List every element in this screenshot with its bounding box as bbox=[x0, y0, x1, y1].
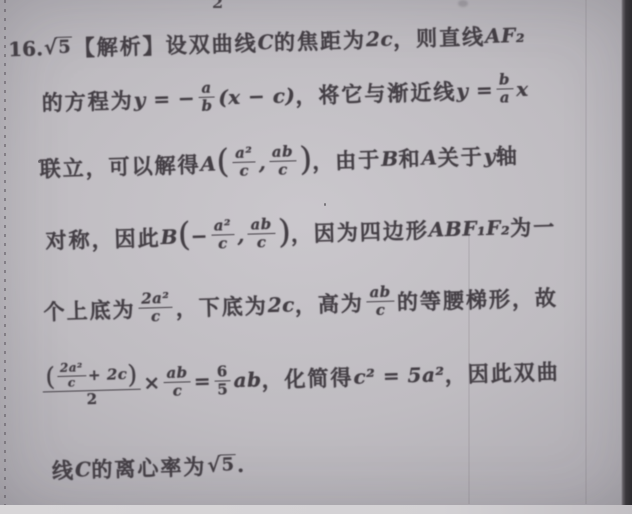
math-text-run: a bbox=[500, 90, 511, 108]
chinese-text-run: ，化简得 bbox=[261, 362, 354, 395]
solution-line: 联立，可以解得 A(a²c, abc)，由于 B 和 A 关于 y 轴 bbox=[39, 137, 519, 186]
math-text-run: × bbox=[143, 371, 161, 395]
math-text-run: , bbox=[258, 150, 266, 174]
photo-dark-edge bbox=[621, 0, 632, 506]
fraction-denominator: c bbox=[373, 302, 389, 320]
fraction-denominator: c bbox=[236, 163, 252, 181]
chinese-text-run: ，下底为 bbox=[175, 290, 268, 323]
photo-bottom-edge-band bbox=[0, 505, 632, 514]
fraction-numerator: ab bbox=[366, 284, 394, 303]
fraction: 65 bbox=[214, 363, 231, 399]
paren-delimiter: ) bbox=[127, 363, 137, 385]
solution-line: 线 C 的离心率为√5. bbox=[52, 450, 245, 485]
radicand: 5 bbox=[56, 37, 73, 59]
math-text-run: ab bbox=[233, 368, 262, 393]
fraction-numerator: ab bbox=[163, 364, 191, 383]
fraction: abc bbox=[269, 143, 297, 179]
math-text-run: x bbox=[516, 77, 529, 101]
fraction-denominator: c bbox=[148, 308, 164, 326]
math-text-run: = bbox=[194, 369, 212, 393]
math-text-run: A bbox=[200, 151, 217, 175]
chinese-text-run: 轴 bbox=[495, 140, 519, 171]
paren-delimiter: ( bbox=[216, 147, 230, 175]
fraction-denominator: 5 bbox=[214, 381, 231, 399]
fraction-denominator: c bbox=[275, 162, 291, 180]
chinese-text-run: 联立，可以解得 bbox=[39, 149, 201, 183]
paren-delimiter: ) bbox=[278, 217, 292, 245]
math-upright-run: . bbox=[237, 453, 245, 477]
math-text-run: b bbox=[201, 98, 212, 116]
solution-line: 的方程为 y = − ab(x − c)，将它与渐近线 y = bax bbox=[41, 71, 529, 120]
chinese-text-run: 个上底为 bbox=[43, 294, 136, 327]
math-text-run: ab bbox=[272, 143, 294, 161]
fraction-denominator: b bbox=[198, 98, 215, 116]
math-text-run: 2a² bbox=[60, 361, 83, 375]
solution-line: 16.√5 【解析】设双曲线 C 的焦距为 2c，则直线 AF₂ bbox=[8, 20, 526, 64]
math-text-run: B bbox=[160, 224, 178, 248]
solution-line: 对称，因此 B(− a²c, abc)，因为四边形 ABF₁F₂ 为一 bbox=[45, 208, 557, 258]
fraction: a²c bbox=[232, 144, 256, 180]
math-text-run: , bbox=[237, 223, 245, 247]
math-text-run: − bbox=[190, 224, 208, 248]
fraction-numerator: b bbox=[496, 71, 514, 90]
math-text-run: c bbox=[376, 302, 386, 320]
math-text-run: B bbox=[381, 146, 399, 170]
chinese-text-run: 的离心率为 bbox=[91, 451, 207, 484]
fraction-numerator: ab bbox=[269, 143, 297, 162]
fraction-denominator: c bbox=[254, 234, 270, 252]
math-text-run: (x − c) bbox=[218, 83, 296, 109]
chinese-text-run: 的方程为 bbox=[41, 85, 134, 118]
math-upright-run: 5 bbox=[217, 381, 228, 399]
fraction-denominator: c bbox=[215, 235, 231, 253]
math-text-run: c bbox=[278, 162, 288, 180]
chinese-text-run: 的焦距为 bbox=[274, 24, 367, 57]
math-text-run: 2c bbox=[267, 292, 295, 317]
fraction-denominator: a bbox=[497, 89, 514, 107]
solution-line: (2a²c + 2c)2 × abc = 65ab，化简得 c² = 5a²，因… bbox=[39, 348, 560, 409]
math-text-run: C bbox=[257, 30, 274, 54]
math-text-run: y = bbox=[456, 78, 493, 103]
math-text-run: a² bbox=[214, 217, 232, 235]
chinese-text-run: 为一 bbox=[510, 211, 557, 242]
math-upright-run: 2 bbox=[86, 391, 97, 409]
fraction: a²c bbox=[211, 217, 235, 253]
math-text-run: ABF₁F₂ bbox=[428, 215, 510, 241]
chinese-text-run: 关于 bbox=[437, 141, 484, 172]
math-text-run: 2a² bbox=[141, 290, 170, 308]
chinese-text-run: 线 bbox=[52, 455, 76, 486]
fraction-numerator: 2a² bbox=[138, 290, 173, 309]
fraction: 2a²c bbox=[138, 290, 173, 326]
chinese-text-run: 的等腰梯形，故 bbox=[397, 282, 559, 316]
fraction: 2a²c bbox=[57, 361, 87, 390]
chinese-text-run: ，因此双曲 bbox=[444, 356, 560, 389]
fraction: ba bbox=[496, 71, 514, 107]
solution-lines: 16.√5 【解析】设双曲线 C 的焦距为 2c，则直线 AF₂的方程为 y =… bbox=[0, 0, 619, 2]
math-text-run: A bbox=[421, 145, 438, 169]
math-upright-run: 6 bbox=[217, 363, 228, 381]
math-text-run: a bbox=[201, 80, 212, 98]
math-text-run: c bbox=[257, 234, 267, 252]
fraction: (2a²c + 2c)2 bbox=[42, 360, 141, 410]
math-text-run: a² bbox=[235, 145, 253, 163]
photo-of-printed-page: { "colors":{ "paper":"#bfbcc1", "ink":"#… bbox=[0, 0, 632, 514]
solution-text-block: 16.√5 【解析】设双曲线 C 的焦距为 2c，则直线 AF₂的方程为 y =… bbox=[0, 0, 632, 514]
fraction-numerator: a bbox=[198, 80, 215, 99]
math-text-run: c bbox=[68, 376, 76, 390]
fraction-numerator: (2a²c + 2c) bbox=[42, 360, 141, 392]
solution-line: 个上底为 2a²c，下底为 2c，高为 abc 的等腰梯形，故 bbox=[43, 279, 558, 329]
math-text-run: ab bbox=[369, 284, 391, 302]
math-text-run: c bbox=[151, 308, 161, 326]
fraction-numerator: 2a² bbox=[57, 361, 86, 377]
sqrt-expression: √5 bbox=[207, 454, 236, 476]
radicand: 5 bbox=[219, 454, 236, 476]
fraction-numerator: ab bbox=[247, 216, 275, 235]
fraction: abc bbox=[366, 284, 394, 320]
paren-delimiter: ( bbox=[45, 366, 55, 388]
fraction: abc bbox=[247, 216, 275, 252]
fraction-denominator: c bbox=[169, 382, 185, 400]
chinese-text-run: ，因为四边形 bbox=[290, 214, 429, 248]
chinese-text-run: 【解析】设双曲线 bbox=[73, 27, 258, 62]
fraction-numerator: a² bbox=[232, 144, 256, 163]
chinese-text-run: ，则直线 bbox=[393, 21, 486, 54]
fraction: ab bbox=[198, 80, 216, 116]
fraction-numerator: 6 bbox=[214, 363, 231, 382]
paren-delimiter: ( bbox=[177, 220, 191, 248]
chinese-text-run: ，高为 bbox=[294, 287, 364, 319]
fraction-numerator: a² bbox=[211, 217, 235, 236]
math-text-run: b bbox=[499, 71, 510, 89]
fraction-denominator: 2 bbox=[83, 390, 100, 408]
math-text-run: 2c bbox=[366, 27, 394, 52]
chinese-text-run: ，由于 bbox=[312, 144, 382, 176]
math-text-run: AF₂ bbox=[485, 23, 526, 48]
paren-delimiter: ) bbox=[299, 145, 313, 173]
chinese-text-run: ，将它与渐近线 bbox=[295, 76, 457, 110]
chinese-text-run: 对称，因此 bbox=[45, 222, 161, 255]
math-text-run: ab bbox=[250, 216, 272, 234]
chinese-text-run: 和 bbox=[398, 143, 422, 174]
math-text-run: C bbox=[75, 457, 92, 481]
fraction-denominator: c bbox=[65, 376, 79, 390]
math-text-run: y bbox=[483, 143, 496, 167]
math-text-run: c bbox=[218, 235, 228, 253]
math-text-run: c² = 5a² bbox=[353, 363, 445, 390]
fraction: abc bbox=[163, 364, 191, 400]
math-text-run: ab bbox=[166, 364, 188, 382]
math-text-run: c bbox=[239, 163, 249, 181]
math-upright-run: 16. bbox=[8, 36, 43, 61]
sqrt-expression: √5 bbox=[44, 37, 73, 59]
math-text-run: + 2c bbox=[88, 366, 128, 384]
math-text-run: y = − bbox=[133, 86, 195, 112]
math-text-run: c bbox=[172, 382, 182, 400]
